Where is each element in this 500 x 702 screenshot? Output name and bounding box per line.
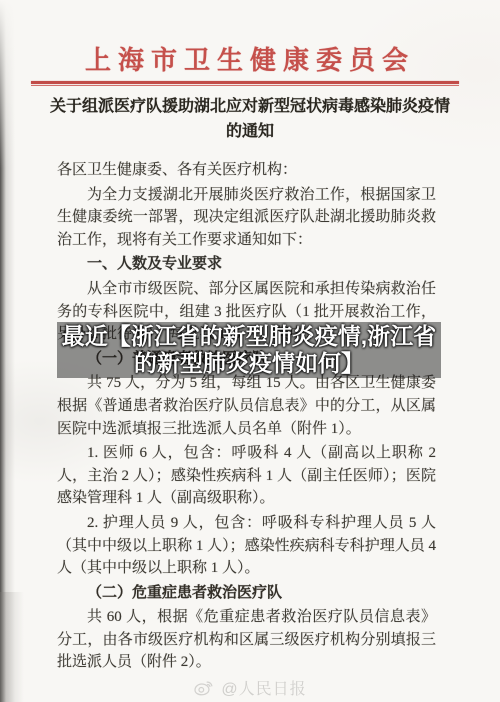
- watermark: @人民日报: [0, 676, 500, 699]
- subsection-heading-2: （二）危重症患者救治医疗队: [57, 582, 436, 605]
- paragraph-intro: 为全力支援湖北开展肺炎医疗救治工作，根据国家卫生健康委统一部署，现决定组派医疗队…: [57, 184, 436, 252]
- caption-overlay: 最近【浙江省的新型肺炎疫情,浙江省 的新型肺炎疫情如何】: [57, 322, 441, 378]
- document-title-line1: 关于组派医疗队援助湖北应对新型冠状病毒感染肺炎疫情: [34, 94, 466, 119]
- letterhead-rule-thin: [31, 85, 459, 86]
- caption-line2: 的新型肺炎疫情如何】: [134, 350, 364, 377]
- paragraph-nurses: 2. 护理人员 9 人，包含：呼吸科专科护理人员 5 人（其中中级以上职称 1 …: [57, 512, 436, 580]
- paragraph-team2: 共 60 人，根据《危重症患者救治医疗队员信息表》分工，由各市级医疗机构和区属三…: [57, 606, 436, 674]
- paragraph-team1: 共 75 人，分为 5 组，每组 15 人。由各区卫生健康委根据《普通患者救治医…: [57, 372, 436, 440]
- caption-line1: 最近【浙江省的新型肺炎疫情,浙江省: [62, 323, 436, 350]
- letterhead-rule: [31, 81, 459, 86]
- salutation: 各区卫生健康委、各有关医疗机构：: [57, 159, 436, 182]
- paragraph-doctors: 1. 医师 6 人，包含：呼吸科 4 人（副高以上职称 2 人，主治 2 人）；…: [57, 442, 436, 510]
- weibo-icon: [193, 679, 215, 697]
- document-body: 各区卫生健康委、各有关医疗机构： 为全力支援湖北开展肺炎医疗救治工作，根据国家卫…: [57, 159, 436, 674]
- section-heading-1: 一、人数及专业要求: [57, 253, 436, 276]
- letterhead-org-name: 上海市卫生健康委员会: [0, 40, 500, 77]
- document-title: 关于组派医疗队援助湖北应对新型冠状病毒感染肺炎疫情 的通知: [34, 94, 466, 144]
- letterhead-rule-thick: [31, 81, 459, 84]
- document-photo: 上海市卫生健康委员会 关于组派医疗队援助湖北应对新型冠状病毒感染肺炎疫情 的通知…: [0, 0, 500, 702]
- photo-left-edge: [0, 0, 16, 702]
- watermark-handle: @人民日报: [221, 676, 306, 699]
- document-title-line2: 的通知: [34, 119, 466, 144]
